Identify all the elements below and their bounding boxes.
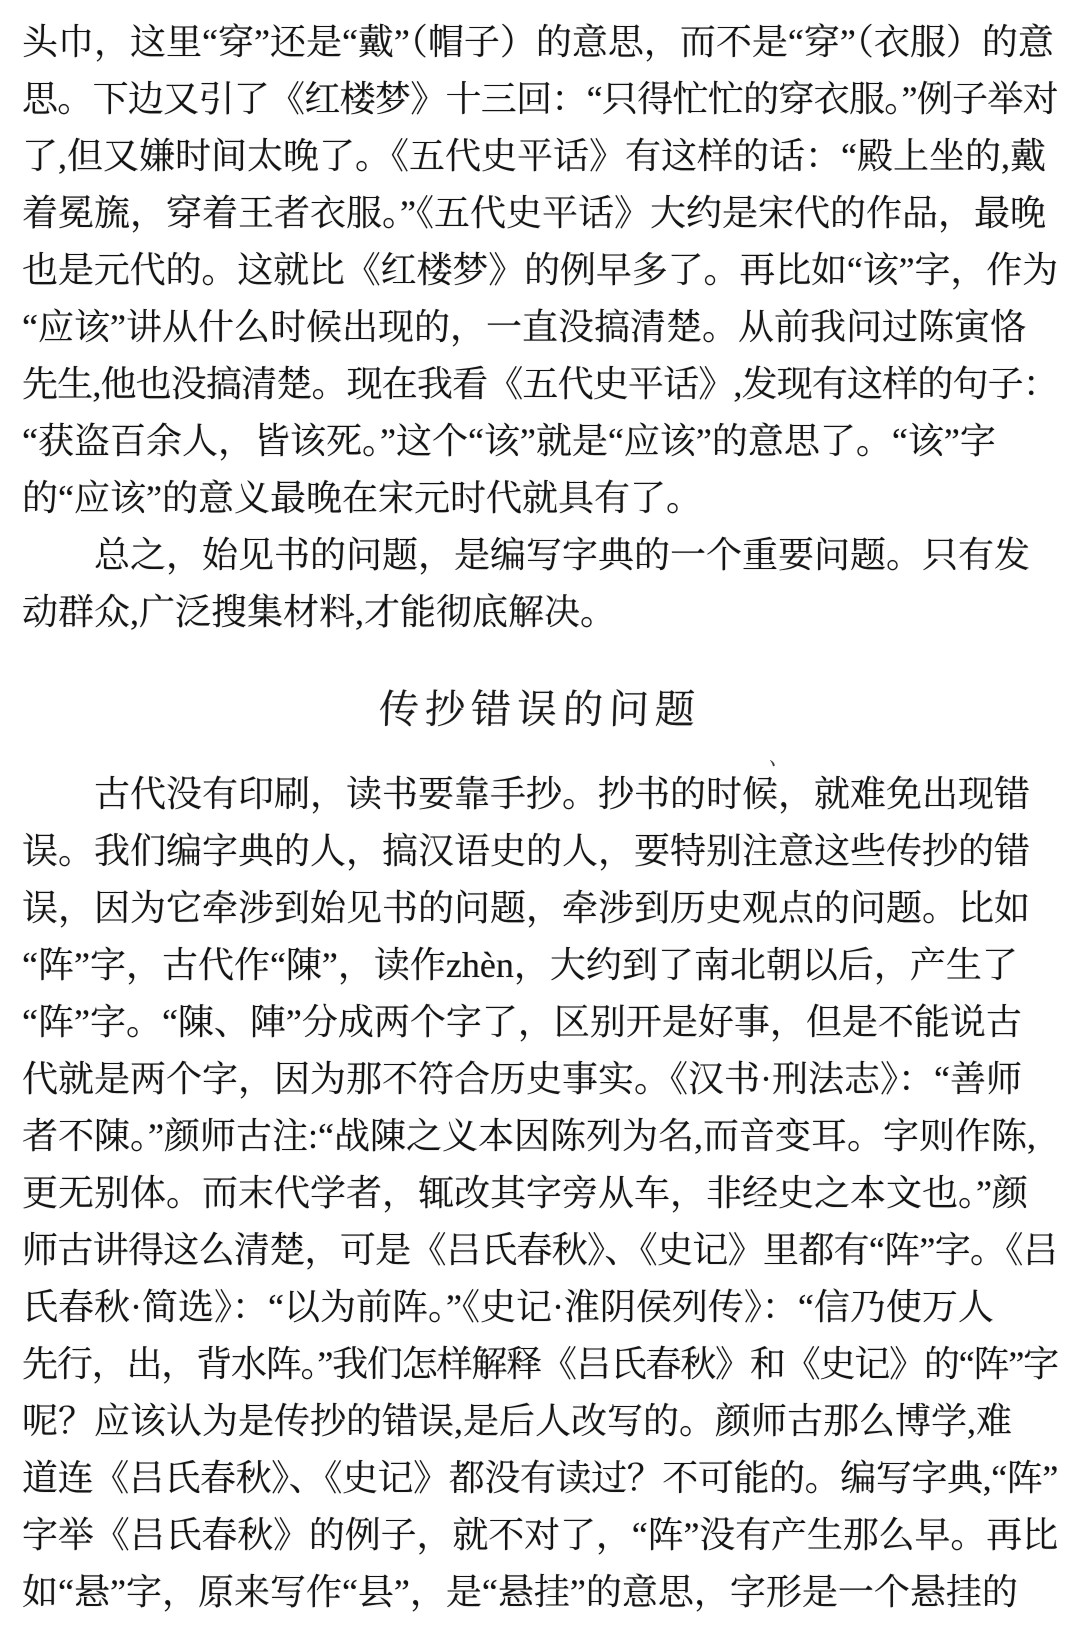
page-body: 头巾，这里“穿”还是“戴”（帽子）的意思，而不是“穿”（衣服）的意 思。下边又引… xyxy=(22,14,1058,1621)
text-line: 字举《吕氏春秋》的例子，就不对了，“阵”没有产生那么早。再比 xyxy=(22,1507,1058,1564)
text-line: 如“悬”字，原来写作“县”，是“悬挂”的意思，字形是一个悬挂的 xyxy=(22,1564,1058,1621)
text-line: 师古讲得这么清楚，可是《吕氏春秋》、《史记》里都有“阵”字。《吕 xyxy=(22,1222,1058,1279)
text-line: 的“应该”的意义最晚在宋元时代就具有了。 xyxy=(22,470,1058,527)
text-line: “应该”讲从什么时候出现的，一直没搞清楚。从前我问过陈寅恪 xyxy=(22,299,1058,356)
text-line: 误。我们编字典的人，搞汉语史的人，要特别注意这些传抄的错 xyxy=(22,823,1058,880)
text-line: 动群众,广泛搜集材料,才能彻底解决。 xyxy=(22,584,1058,641)
text-line: “阵”字。“陳、陣”分成两个字了，区别开是好事，但是不能说古 xyxy=(22,994,1058,1051)
text-line: 头巾，这里“穿”还是“戴”（帽子）的意思，而不是“穿”（衣服）的意 xyxy=(22,14,1058,71)
text-line: 者不陳。”颜师古注:“战陳之义本因陈列为名,而音变耳。字则作陈, xyxy=(22,1108,1058,1165)
text-line: 了,但又嫌时间太晚了。《五代史平话》有这样的话：“殿上坐的,戴 xyxy=(22,128,1058,185)
text-line-paragraph-start: 古代没有印刷，读书要靠手抄。抄书的时候，就难免出现错 xyxy=(22,766,1058,823)
text-line: 思。下边又引了《红楼梦》十三回：“只得忙忙的穿衣服。”例子举对 xyxy=(22,71,1058,128)
text-line: 氏春秋·简选》：“以为前阵。”《史记·淮阴侯列传》：“信乃使万人 xyxy=(22,1279,1058,1336)
text-line: 呢？应该认为是传抄的错误,是后人改写的。颜师古那么博学,难 xyxy=(22,1393,1058,1450)
text-line: “获盗百余人，皆该死。”这个“该”就是“应该”的意思了。“该”字 xyxy=(22,413,1058,470)
text-line: 误，因为它牵涉到始见书的问题，牵涉到历史观点的问题。比如 xyxy=(22,880,1058,937)
text-line: 代就是两个字，因为那不符合历史事实。《汉书·刑法志》：“善师 xyxy=(22,1051,1058,1108)
text-line: 先生,他也没搞清楚。现在我看《五代史平话》,发现有这样的句子： xyxy=(22,356,1058,413)
text-line: “阵”字，古代作“陳”，读作zhèn，大约到了南北朝以后，产生了 xyxy=(22,937,1058,994)
text-line-paragraph-start: 总之，始见书的问题，是编写字典的一个重要问题。只有发 xyxy=(22,527,1058,584)
scanned-book-page: 头巾，这里“穿”还是“戴”（帽子）的意思，而不是“穿”（衣服）的意 思。下边又引… xyxy=(0,0,1080,1640)
text-line: 也是元代的。这就比《红楼梦》的例早多了。再比如“该”字，作为 xyxy=(22,242,1058,299)
text-line: 道连《吕氏春秋》、《史记》都没有读过？不可能的。编写字典,“阵” xyxy=(22,1450,1058,1507)
text-line: 更无别体。而末代学者，辄改其字旁从车，非经史之本文也。”颜 xyxy=(22,1165,1058,1222)
section-heading: 传抄错误的问题 xyxy=(21,681,1059,738)
text-line: 先行，出，背水阵。”我们怎样解释《吕氏春秋》和《史记》的“阵”字 xyxy=(22,1336,1058,1393)
text-line: 着冕旒，穿着王者衣服。”《五代史平话》大约是宋代的作品，最晚 xyxy=(22,185,1058,242)
